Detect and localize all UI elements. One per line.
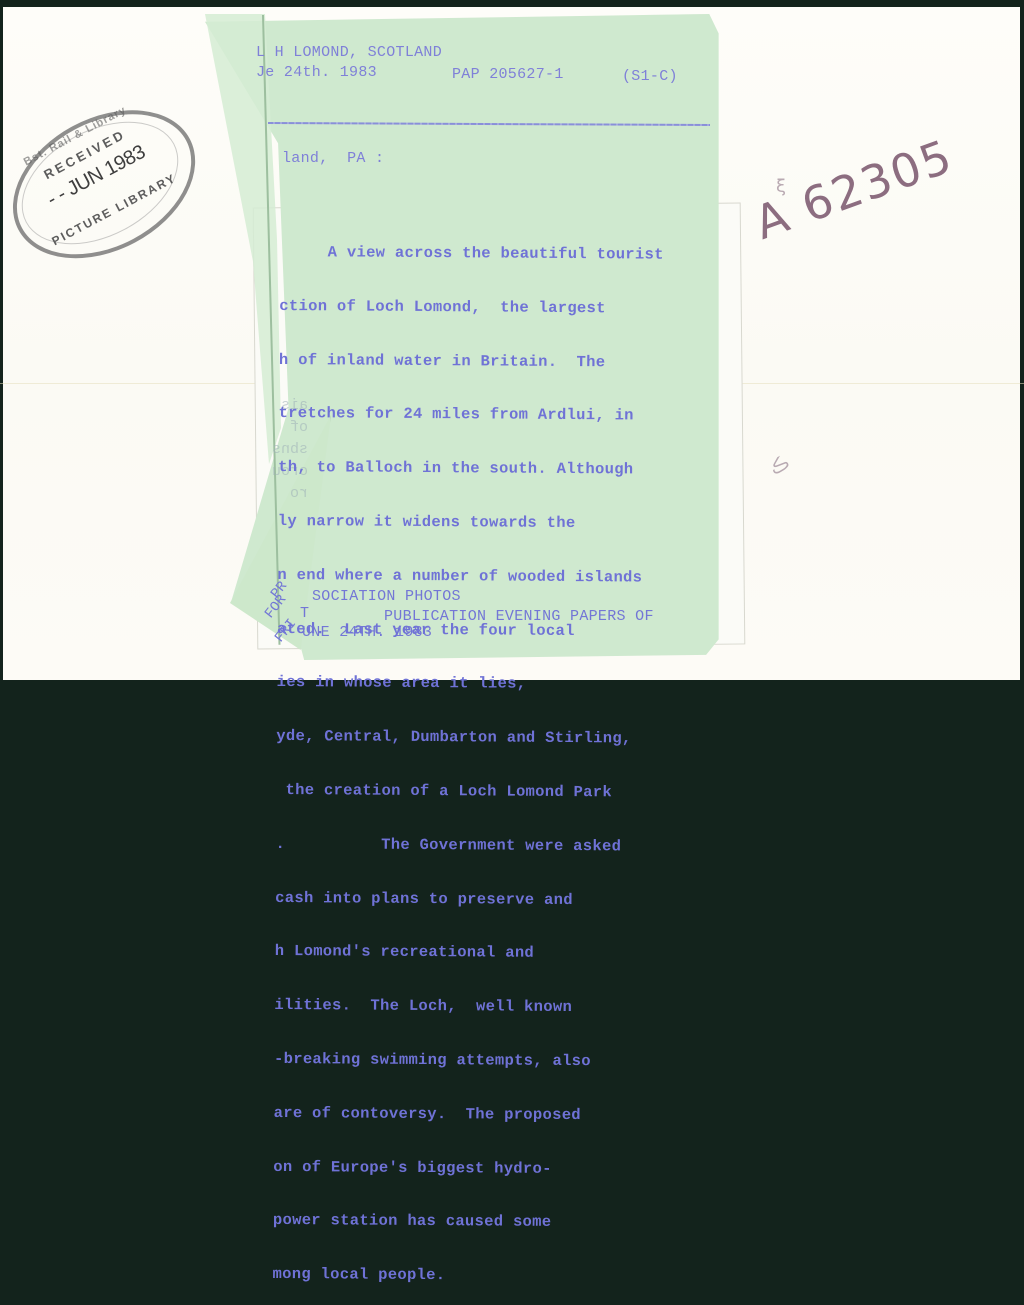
caption-line: ies in whose area it lies, bbox=[277, 674, 661, 687]
caption-line: A view across the beautiful tourist bbox=[280, 244, 664, 264]
caption-line: ction of Loch Lomond, the largest bbox=[279, 298, 663, 318]
caption-line: tretches for 24 miles from Ardlui, in bbox=[278, 405, 662, 425]
reference-number: PAP 205627-1 bbox=[452, 66, 564, 83]
salutation: land, PA : bbox=[282, 150, 384, 167]
dateline-location: L H LOMOND, SCOTLAND bbox=[256, 44, 442, 61]
caption-line: ly narrow it widens towards the bbox=[278, 513, 662, 533]
section-code: (S1-C) bbox=[622, 68, 678, 85]
dateline-date: Je 24th. 1983 bbox=[256, 64, 377, 81]
embargo-prefix: T bbox=[300, 605, 309, 622]
pencil-mark: ξ bbox=[776, 176, 786, 197]
caption-line: h of inland water in Britain. The bbox=[279, 352, 663, 372]
caption-line: th, to Balloch in the south. Although bbox=[278, 459, 662, 479]
caption-line: n end where a number of wooded islands bbox=[277, 567, 661, 587]
agency-line: SOCIATION PHOTOS bbox=[312, 588, 461, 605]
embargo-date: UNE 24TH. 1983 bbox=[302, 624, 432, 641]
embargo-line: PUBLICATION EVENING PAPERS OF bbox=[384, 608, 654, 625]
